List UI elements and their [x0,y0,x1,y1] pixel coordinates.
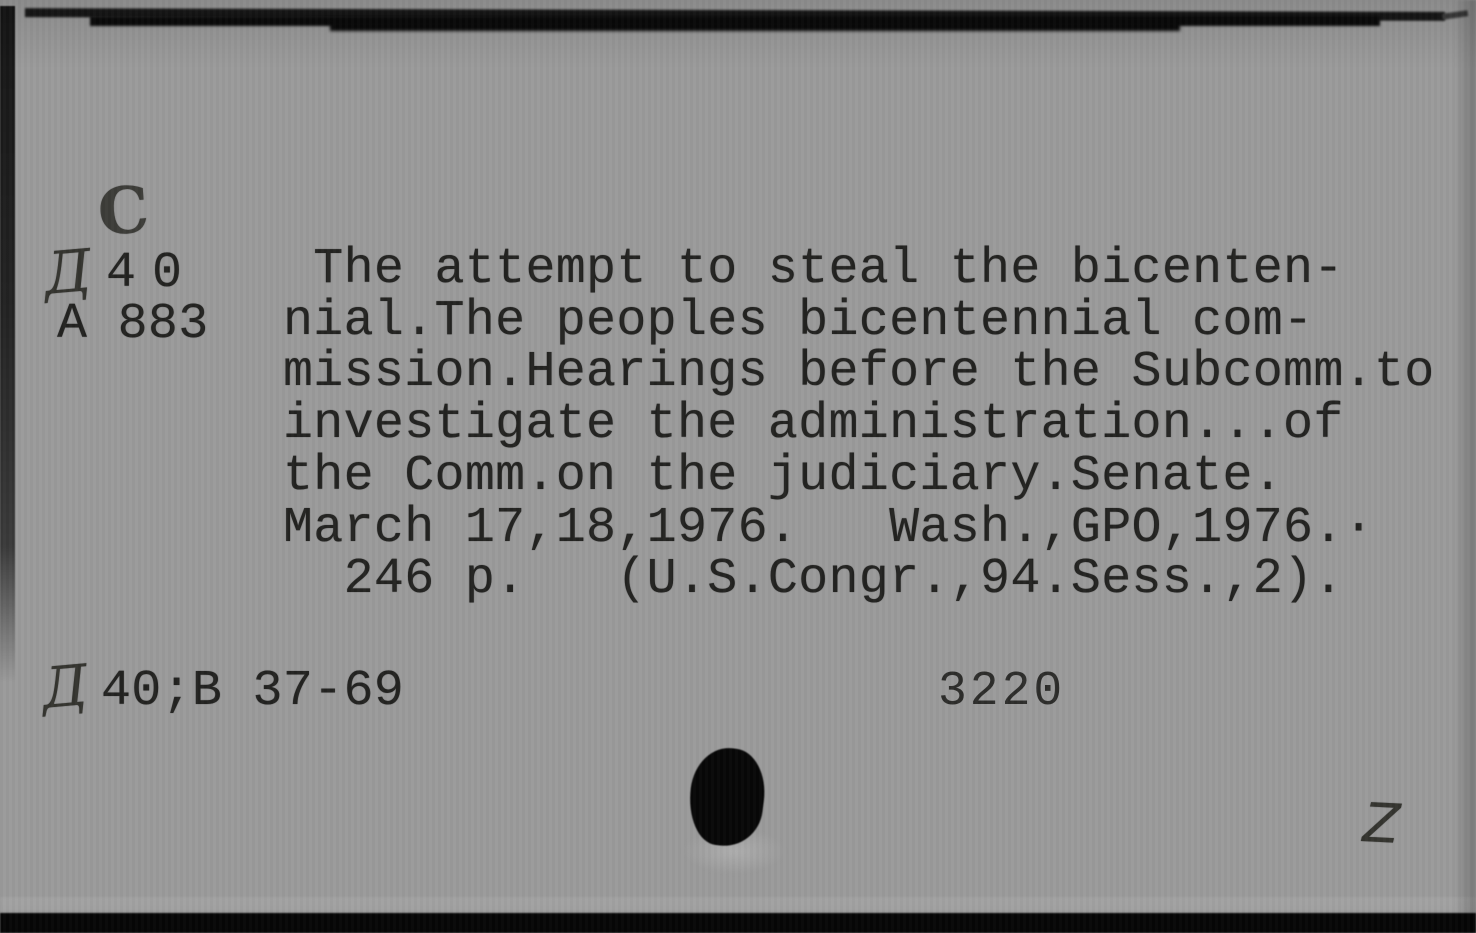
card-top-edge-speck [1442,10,1469,20]
footer-call-code: 40;B 37-69 [101,663,404,720]
card-bottom-edge-shadow [0,913,1476,933]
card-left-edge-shadow [0,6,15,682]
handwritten-mark: Z [1361,791,1401,856]
handwritten-class-letter: C [95,172,151,250]
card-right-edge-shadow [1454,0,1476,933]
bibliographic-entry: The attempt to steal the bicenten- nial.… [283,244,1435,606]
card-top-edge-shadow [90,16,1380,26]
catalog-card-scan: C Д 40 A 883 The attempt to steal the bi… [0,0,1476,933]
card-text-line: 246 p. (U.S.Congr.,94.Sess.,2). [283,554,1435,606]
footer-control-number: 3220 [938,665,1065,719]
card-text-line: The attempt to steal the bicenten- [283,244,1435,296]
card-text-line: investigate the administration...of [283,399,1435,451]
card-text-line: nial.The peoples bicentennial com- [283,296,1435,348]
call-number-line2: A 883 [57,296,209,353]
card-top-edge-shadow [25,8,1445,21]
card-text-line: March 17,18,1976. Wash.,GPO,1976.· [283,503,1435,555]
card-bottom-edge-highlight [0,897,1476,912]
call-number-value: 40 [106,245,198,302]
footer-call-letter: Д [39,653,90,722]
card-top-edge-shadow [330,22,1180,31]
card-text-line: mission.Hearings before the Subcomm.to [283,347,1435,399]
card-text-line: the Comm.on the judiciary.Senate. [283,451,1435,503]
